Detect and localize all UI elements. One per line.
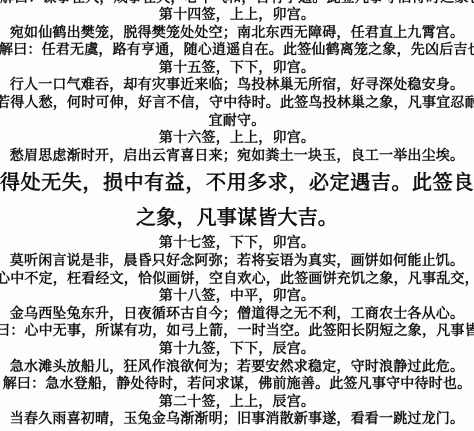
sign-14-explanation: 解曰：任君无虞，路有亨通，随心逍遥自在。此签仙鹤离笼之象，先凶后吉也: [0, 42, 474, 60]
sign-14-title: 第十四签，上上，卯宫。: [0, 7, 474, 25]
sign-18-title: 第十八签，中平，卯宫。: [0, 288, 474, 306]
sign-15-explanation-wrap: 宜耐守。: [0, 113, 474, 131]
sign-19-poem: 急水滩头放船儿，狂风作浪欲何为；若要安然求稳定，守时浪静过此危。: [0, 359, 474, 377]
sign-17-title: 第十七签，下下，卯宫。: [0, 235, 474, 253]
scanned-document-page: 解曰：谋事在人，成事在天，心平气和，自有亨通。此签凡事守旧待时之象也。 第十四签…: [0, 0, 474, 431]
sign-20-title: 第二十签，上上，辰宫。: [0, 394, 474, 412]
sign-17-explanation: 心中不定，枉看经文，恰似画饼，空自欢心，此签画饼充饥之象，凡事乱交，虚: [0, 271, 474, 289]
sign-15-title: 第十五签，下下，卯宫。: [0, 60, 474, 78]
sign-16-explanation-large-1: 得处无失，损中有益，不用多求，必定遇吉。此签良: [0, 165, 474, 200]
sign-15-explanation: 若得人愁，何时可伸，好言不信，守中待时。此签鸟投林巢之象，凡事宜忍耐，当: [0, 95, 474, 113]
clipped-top-line-text: 解曰：谋事在人，成事在天，心平气和，自有亨通。此签凡事守旧待时之象也。: [0, 0, 474, 7]
sign-16-title: 第十六签，上上，卯宫。: [0, 130, 474, 148]
sign-19-explanation: 解曰：急水登船，静处待时，若问求谋，佛前施善。此签凡事守中待时也。: [0, 376, 474, 394]
sign-20-poem: 当春久雨喜初晴，玉兔金乌渐渐明；旧事消散新事遂，看看一跳过龙门。: [0, 411, 474, 429]
sign-18-explanation: 曰：心中无事，所谋有功，如弓上箭，一时当空。此签阳长阴短之象，凡事皆遂: [0, 323, 474, 341]
sign-16-poem: 愁眉思虑渐时开，启出云宵喜日来；宛如粪土一块玉，良工一举出尘埃。: [0, 148, 474, 166]
clipped-top-line: 解曰：谋事在人，成事在天，心平气和，自有亨通。此签凡事守旧待时之象也。: [0, 0, 474, 7]
sign-14-poem: 宛如仙鹤出樊笼，脱得樊笼处处空；南北东西无障碍，任君直上九霄宫。: [0, 25, 474, 43]
sign-15-poem: 行人一口气难吞，却有灾事近来临；鸟投林巢无所宿，好寻深处稳安身。: [0, 77, 474, 95]
sign-17-poem: 莫听闲言说是非，晨昏只好念阿弥；若将妄语为真实，画饼如何能止饥。: [0, 253, 474, 271]
sign-18-poem: 金乌西坠兔东升，日夜循环古自今；僧道得之无不利，工商农士各从心。: [0, 306, 474, 324]
sign-16-explanation-large-2: 之象，凡事谋皆大吉。: [0, 200, 474, 235]
sign-19-title: 第十九签，下下，辰宫。: [0, 341, 474, 359]
